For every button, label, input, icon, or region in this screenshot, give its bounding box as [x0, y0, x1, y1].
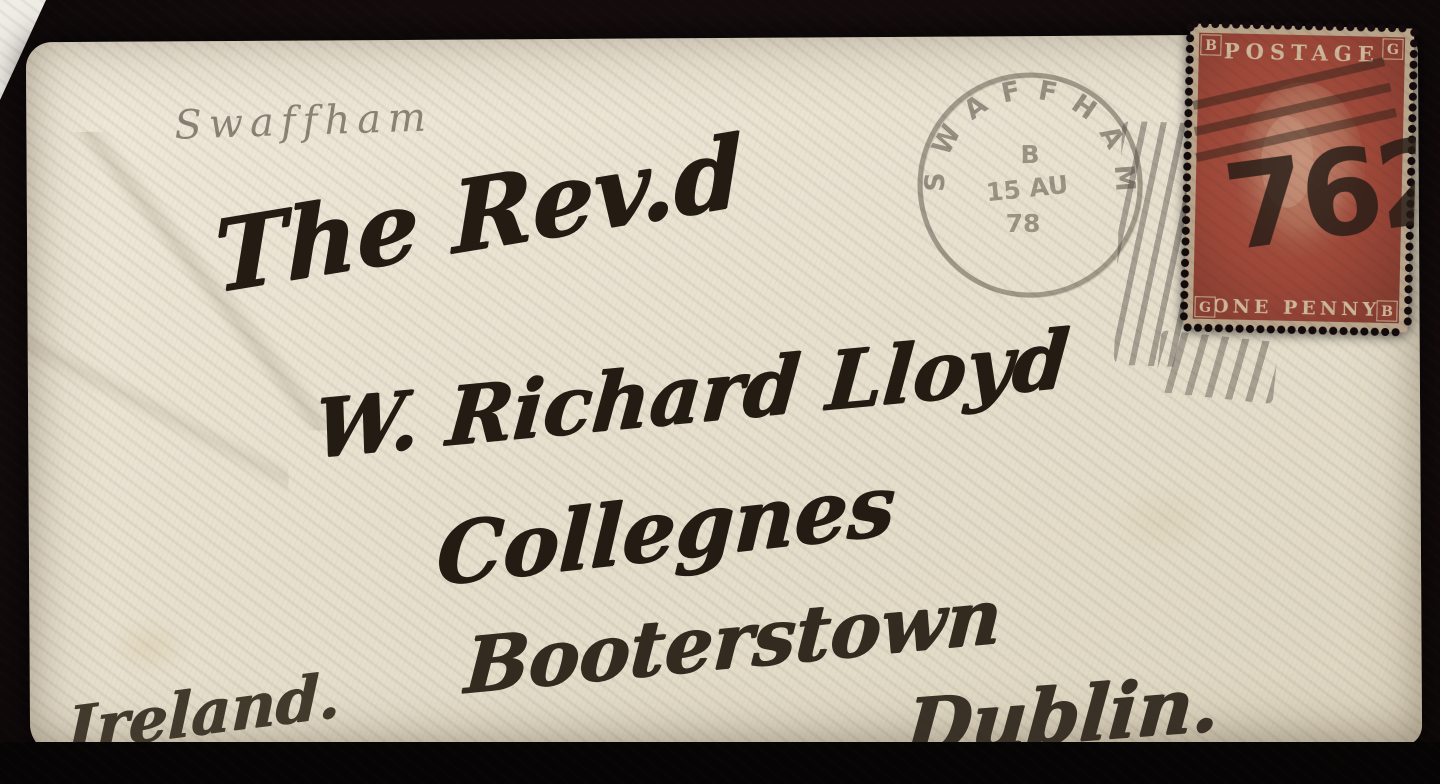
stamp-bottom-label: ONE PENNY [1212, 295, 1381, 321]
penny-red-stamp: POSTAGE ONE PENNY B G G B 762 [1179, 19, 1418, 336]
stamp-top-label: POSTAGE [1224, 38, 1380, 67]
stamp-corner-bottom-right: B [1381, 304, 1393, 320]
postmark-index-letter: B [1020, 140, 1039, 169]
pencil-annotation: Swaffham [174, 94, 434, 148]
stamp-corner-bottom-left: G [1199, 300, 1211, 316]
address-line-house: Collegnes [434, 454, 896, 605]
flap-crease-lower [27, 281, 289, 543]
postmark-year: 78 [1006, 209, 1041, 238]
postmark-date: 15 AU [985, 170, 1070, 207]
stamp-corner-top-left: B [1205, 38, 1217, 54]
duplex-cancel-bars-below [1155, 330, 1279, 404]
photograph-of-envelope: Swaffham The Rev.d W. Richard Lloyd Coll… [0, 0, 1440, 784]
paper-stain [1088, 465, 1239, 576]
album-page-bottom [0, 742, 1440, 784]
address-line-recipient-name: W. Richard Lloyd [310, 311, 1071, 477]
stamp-corner-top-right: G [1387, 42, 1399, 58]
